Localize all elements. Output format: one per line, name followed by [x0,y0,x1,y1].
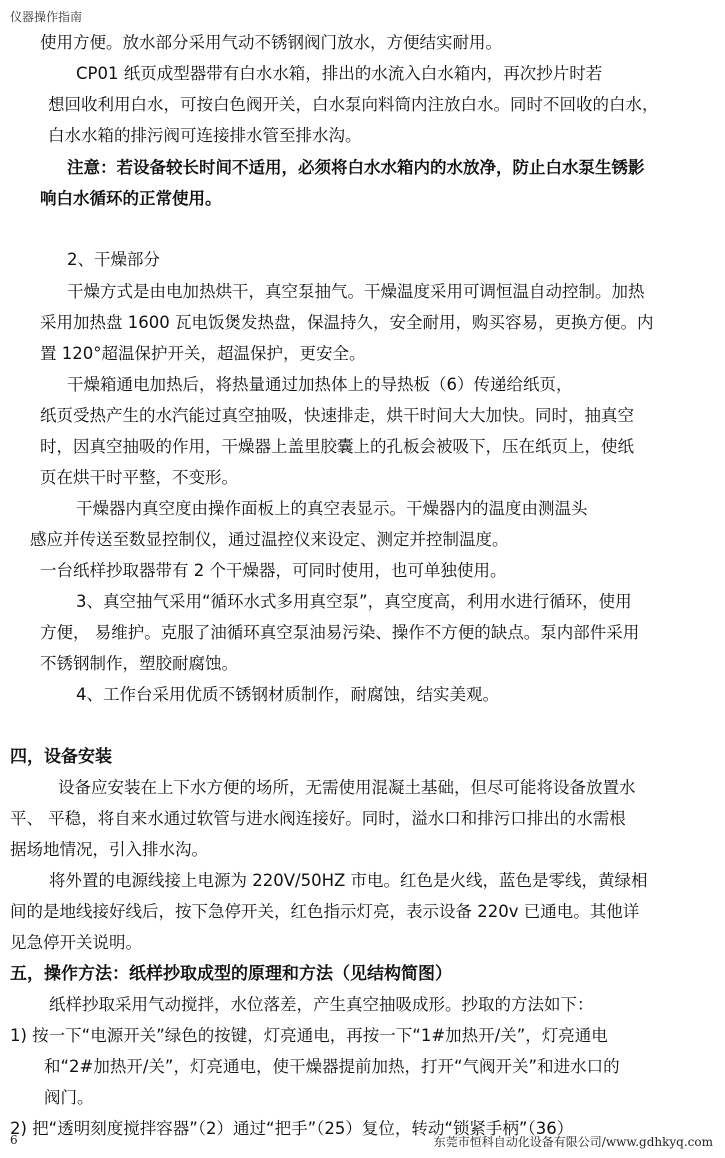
text-line: 干燥箱通电加热后，将热量通过加热体上的导热板（6）传递给纸页， [67,374,573,396]
text-line: 3、真空抽气采用“循环水式多用真空泵”，真空度高，利用水进行循环，使用 [76,591,632,613]
text-line: 见急停开关说明。 [10,932,142,954]
text-line: 纸样抄取采用气动搅拌，水位落差，产生真空抽吸成形。抄取的方法如下： [49,994,594,1016]
text-line: 2、干燥部分 [67,249,160,271]
text-line: 感应并传送至数显控制仪，通过温控仪来设定、测定并控制温度。 [30,529,509,551]
text-line: 和“2#加热开/关”，灯亮通电，使干燥器提前加热，打开“气阀开关”和进水口的 [44,1056,620,1078]
section-heading: 五，操作方法：纸样抄取成型的原理和方法（见结构简图） [10,963,452,985]
text-line: 将外置的电源线接上电源为 220V/50HZ 市电。红色是火线，蓝色是零线，黄绿… [49,870,648,892]
footer-company: 东莞市恒科自动化设备有限公司/www.gdhkyq.com [434,1133,713,1150]
text-line: 设备应安装在上下水方便的场所，无需使用混凝土基础，但尽可能将设备放置水 [58,777,636,799]
warning-text-line: 注意：若设备较长时间不适用，必须将白水水箱内的水放净，防止白水泵生锈影 [67,157,645,179]
text-line: 纸页受热产生的水汽能过真空抽吸，快速排走，烘干时间大大加快。同时，抽真空 [40,405,634,427]
text-line: 干燥方式是由电加热烘干，真空泵抽气。干燥温度采用可调恒温自动控制。加热 [67,281,645,303]
warning-text-line: 响白水循环的正常使用。 [40,188,222,210]
text-line: 一台纸样抄取器带有 2 个干燥器，可同时使用，也可单独使用。 [40,560,507,582]
text-line: 置 120°超温保护开关，超温保护，更安全。 [40,343,366,365]
text-line: 干燥器内真空度由操作面板上的真空表显示。干燥器内的温度由测温头 [76,498,588,520]
text-line: 4、工作台采用优质不锈钢材质制作，耐腐蚀，结实美观。 [76,684,499,706]
document-page: 仪器操作指南 使用方便。放水部分采用气动不锈钢阀门放水，方便结实耐用。CP01 … [0,0,725,1158]
text-line: 采用加热盘 1600 瓦电饭煲发热盘，保温持久，安全耐用，购买容易，更换方便。内 [40,312,653,334]
section-heading: 四，设备安装 [10,746,112,768]
text-line: 不锈钢制作，塑胶耐腐蚀。 [40,653,238,675]
text-line: 阀门。 [44,1087,94,1109]
text-line: 平、 平稳，将自来水通过软管与进水阀连接好。同时，溢水口和排污口排出的水需根 [10,808,626,830]
text-line: CP01 纸页成型器带有白水水箱，排出的水流入白水箱内，再次抄片时若 [76,63,602,85]
text-line: 想回收利用白水，可按白色阀开关，白水泵向料筒内注放白水。同时不回收的白水， [48,94,659,116]
text-line: 页在烘干时平整，不变形。 [40,467,238,489]
text-line: 时，因真空抽吸的作用，干燥器上盖里胶囊上的孔板会被吸下，压在纸页上，使纸 [40,436,634,458]
text-line: 白水水箱的排污阀可连接排水管至排水沟。 [48,125,362,147]
text-line: 使用方便。放水部分采用气动不锈钢阀门放水，方便结实耐用。 [40,32,502,54]
text-line: 据场地情况，引入排水沟。 [10,839,208,861]
text-line: 1) 按一下“电源开关”绿色的按键，灯亮通电，再按一下“1#加热开/关”，灯亮通… [10,1025,608,1047]
page-number: 6 [10,1133,18,1147]
text-line: 间的是地线接好线后，按下急停开关，红色指示灯亮，表示设备 220v 已通电。其他… [10,901,639,923]
running-header: 仪器操作指南 [10,8,82,25]
text-line: 方便， 易维护。克服了油循环真空泵油易污染、操作不方便的缺点。泵内部件采用 [40,622,639,644]
